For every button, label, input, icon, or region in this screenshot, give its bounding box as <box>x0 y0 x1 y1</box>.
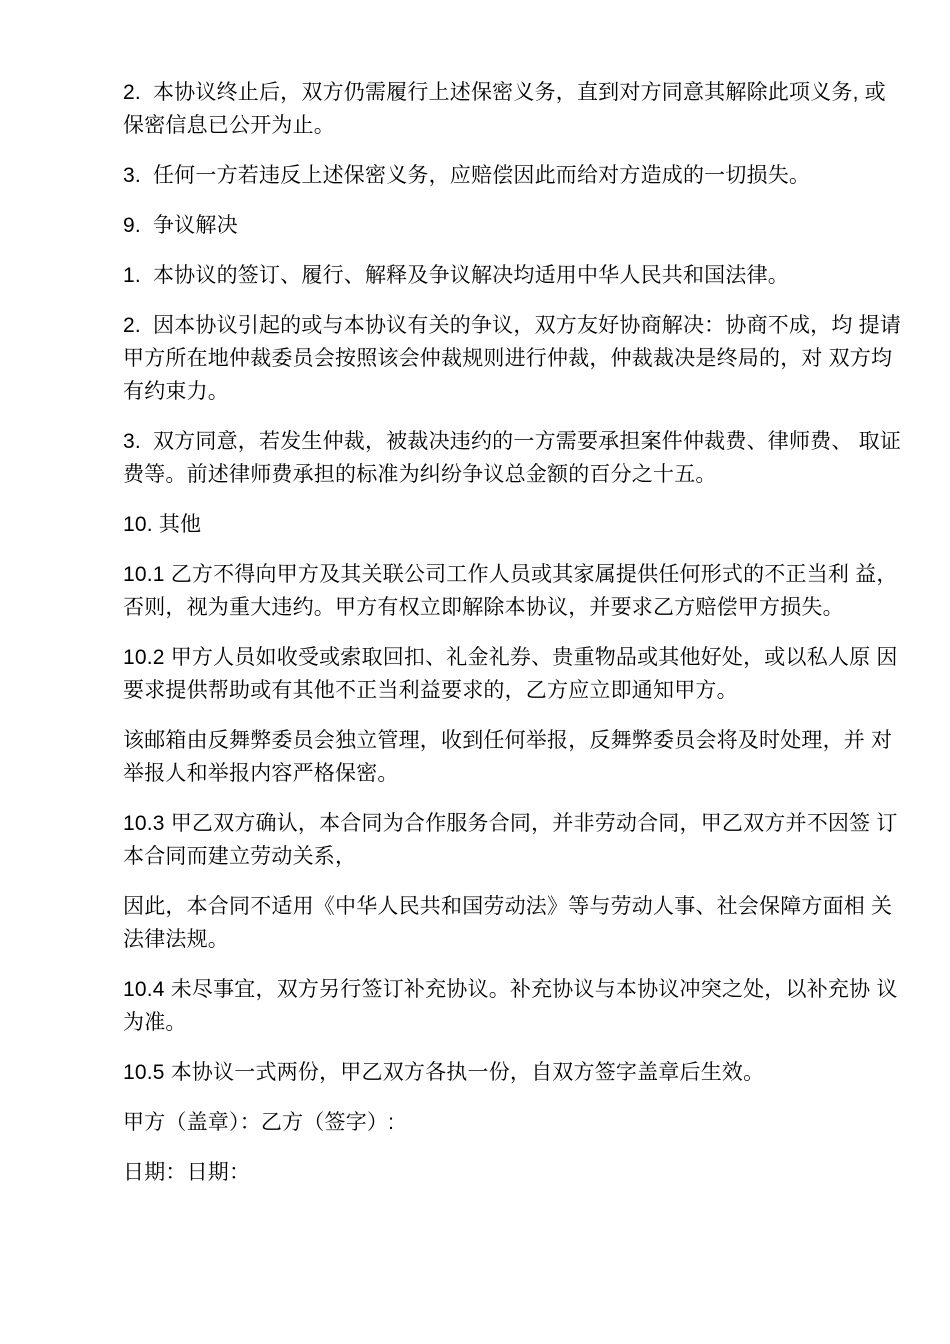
signature-line: 甲方（盖章）：乙方（签字）: <box>123 1106 910 1139</box>
clause-dispute-1: 1. 本协议的签订、履行、解释及争议解决均适用中华人民共和国法律。 <box>123 259 910 292</box>
clause-dispute-3: 3. 双方同意，若发生仲裁，被裁决违约的一方需要承担案件仲裁费、律师费、 取证 … <box>123 425 910 491</box>
document-page: 2. 本协议终止后，双方仍需履行上述保密义务，直到对方同意其解除此项义务, 或 … <box>0 0 950 1344</box>
section-heading-10-miscellaneous: 10. 其他 <box>123 508 910 541</box>
clause-10-3-service-contract: 10.3 甲乙双方确认，本合同为合作服务合同，并非劳动合同，甲乙双方并不因签 订… <box>123 807 910 873</box>
clause-10-1-improper-benefits: 10.1 乙方不得向甲方及其关联公司工作人员或其家属提供任何形式的不正当利 益，… <box>123 558 910 624</box>
clause-10-5-counterparts: 10.5 本协议一式两份，甲乙双方各执一份，自双方签字盖章后生效。 <box>123 1056 910 1089</box>
clause-10-2-kickbacks: 10.2 甲方人员如收受或索取回扣、礼金礼券、贵重物品或其他好处，或以私人原 因… <box>123 641 910 707</box>
clause-confidentiality-2: 2. 本协议终止后，双方仍需履行上述保密义务，直到对方同意其解除此项义务, 或 … <box>123 76 910 142</box>
clause-anti-fraud-mailbox: 该邮箱由反舞弊委员会独立管理，收到任何举报，反舞弊委员会将及时处理，并 对 举报… <box>123 724 910 790</box>
clause-10-4-supplementary-agreement: 10.4 未尽事宜，双方另行签订补充协议。补充协议与本协议冲突之处，以补充协 议… <box>123 973 910 1039</box>
clause-labor-law-exclusion: 因此，本合同不适用《中华人民共和国劳动法》等与劳动人事、社会保障方面相 关 法律… <box>123 890 910 956</box>
clause-confidentiality-3: 3. 任何一方若违反上述保密义务，应赔偿因此而给对方造成的一切损失。 <box>123 159 910 192</box>
date-line: 日期：日期： <box>123 1156 910 1189</box>
section-heading-9-dispute-resolution: 9. 争议解决 <box>123 209 910 242</box>
clause-dispute-2: 2. 因本协议引起的或与本协议有关的争议，双方友好协商解决：协商不成，均 提请 … <box>123 309 910 408</box>
